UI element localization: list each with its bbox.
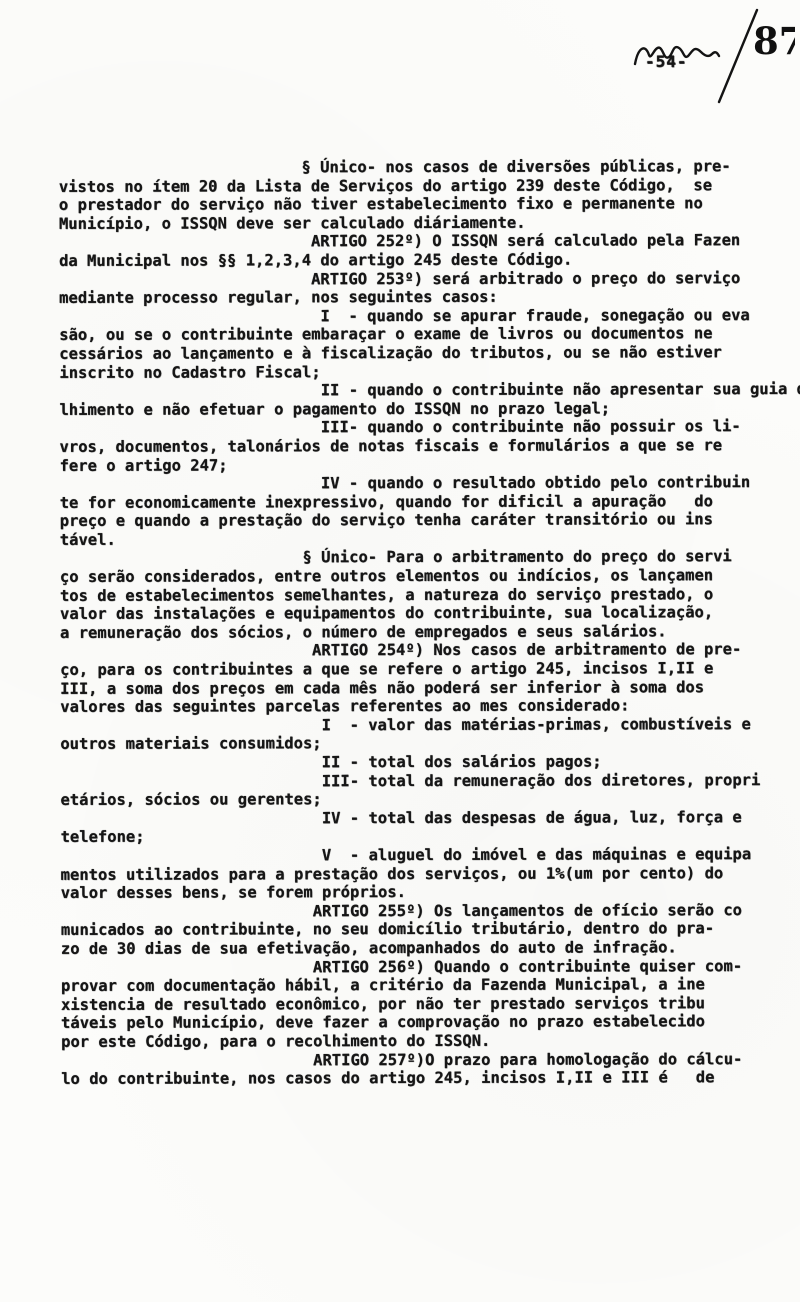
text-line: vistos no ítem 20 da Lista de Serviços d… xyxy=(59,176,759,196)
text-line: outros materiais consumidos; xyxy=(60,733,760,753)
text-line: I - valor das matérias-primas, combustív… xyxy=(60,715,760,735)
text-line: mentos utilizados para a prestação dos s… xyxy=(61,864,761,884)
text-line: inscrito no Cadastro Fiscal; xyxy=(59,362,759,382)
text-line: Município, o ISSQN deve ser calculado di… xyxy=(59,213,759,233)
handwritten-number: 87 xyxy=(753,19,795,63)
text-line: tos de estabelecimentos semelhantes, a n… xyxy=(60,585,760,605)
text-line: são, ou se o contribuinte embaraçar o ex… xyxy=(59,324,759,344)
text-line: IV - total das despesas de água, luz, fo… xyxy=(60,808,760,828)
text-line: telefone; xyxy=(61,826,761,846)
handwritten-slash xyxy=(719,10,757,102)
text-line: I - quando se apurar fraude, sonegação o… xyxy=(59,306,759,326)
text-line: lhimento e não efetuar o pagamento do IS… xyxy=(59,399,759,419)
text-line: a remuneração dos sócios, o número de em… xyxy=(60,622,760,642)
text-line: III- quando o contribuinte não possuir o… xyxy=(59,417,759,437)
text-line: preço e quando a prestação do serviço te… xyxy=(60,510,760,530)
text-line: por este Código, para o recolhimento do … xyxy=(61,1031,761,1051)
text-line: xistencia de resultado econômico, por nã… xyxy=(61,994,761,1014)
text-line: fere o artigo 247; xyxy=(60,455,760,475)
text-line: lo do contribuinte, nos casos do artigo … xyxy=(61,1068,761,1088)
text-line: ço serão considerados, entre outros elem… xyxy=(60,566,760,586)
text-line: ARTIGO 254º) Nos casos de arbitramento d… xyxy=(60,641,760,661)
text-line: III- total da remuneração dos diretores,… xyxy=(60,771,760,791)
text-line: IV - quando o resultado obtido pelo cont… xyxy=(60,473,760,493)
text-line: te for economicamente inexpressivo, quan… xyxy=(60,492,760,512)
text-line: III, a soma dos preços em cada mês não p… xyxy=(60,678,760,698)
text-line: V - aluguel do imóvel e das máquinas e e… xyxy=(61,845,761,865)
text-line: mediante processo regular, nos seguintes… xyxy=(59,287,759,307)
text-line: municados ao contribuinte, no seu domicí… xyxy=(61,919,761,939)
scanned-page: 87 -54- § Único- nos casos de diversões … xyxy=(0,0,800,1302)
text-line: § Único- Para o arbitramento do preço do… xyxy=(60,548,760,568)
text-line: cessários ao lançamento e à fiscalização… xyxy=(59,343,759,363)
text-line: valores das seguintes parcelas referente… xyxy=(60,696,760,716)
handwritten-annotation: 87 xyxy=(605,8,795,108)
text-line: vros, documentos, talonários de notas fi… xyxy=(60,436,760,456)
text-line: ço, para os contribuintes a que se refer… xyxy=(60,659,760,679)
text-line: II - quando o contribuinte não apresenta… xyxy=(59,380,759,400)
document-body: § Único- nos casos de diversões públicas… xyxy=(59,157,761,1089)
text-line: ARTIGO 257º)O prazo para homologação do … xyxy=(61,1050,761,1070)
text-line: zo de 30 dias de sua efetivação, acompan… xyxy=(61,938,761,958)
text-line: § Único- nos casos de diversões públicas… xyxy=(59,157,759,177)
text-line: valor das instalações e equipamentos do … xyxy=(60,603,760,623)
text-line: táveis pelo Município, deve fazer a comp… xyxy=(61,1012,761,1032)
document-lines: § Único- nos casos de diversões públicas… xyxy=(59,157,761,1089)
text-line: ARTIGO 252º) O ISSQN será calculado pela… xyxy=(59,231,759,251)
text-line: provar com documentação hábil, a critéri… xyxy=(61,975,761,995)
text-line: II - total dos salários pagos; xyxy=(60,752,760,772)
text-line: etários, sócios ou gerentes; xyxy=(60,789,760,809)
text-line: ARTIGO 256º) Quando o contribuinte quise… xyxy=(61,957,761,977)
text-line: ARTIGO 253º) será arbitrado o preço do s… xyxy=(59,269,759,289)
text-line: tável. xyxy=(60,529,760,549)
text-line: ARTIGO 255º) Os lançamentos de ofício se… xyxy=(61,901,761,921)
page-number: -54- xyxy=(645,52,688,71)
text-line: da Municipal nos §§ 1,2,3,4 do artigo 24… xyxy=(59,250,759,270)
text-line: valor desses bens, se forem próprios. xyxy=(61,882,761,902)
text-line: o prestador do serviço não tiver estabel… xyxy=(59,194,759,214)
